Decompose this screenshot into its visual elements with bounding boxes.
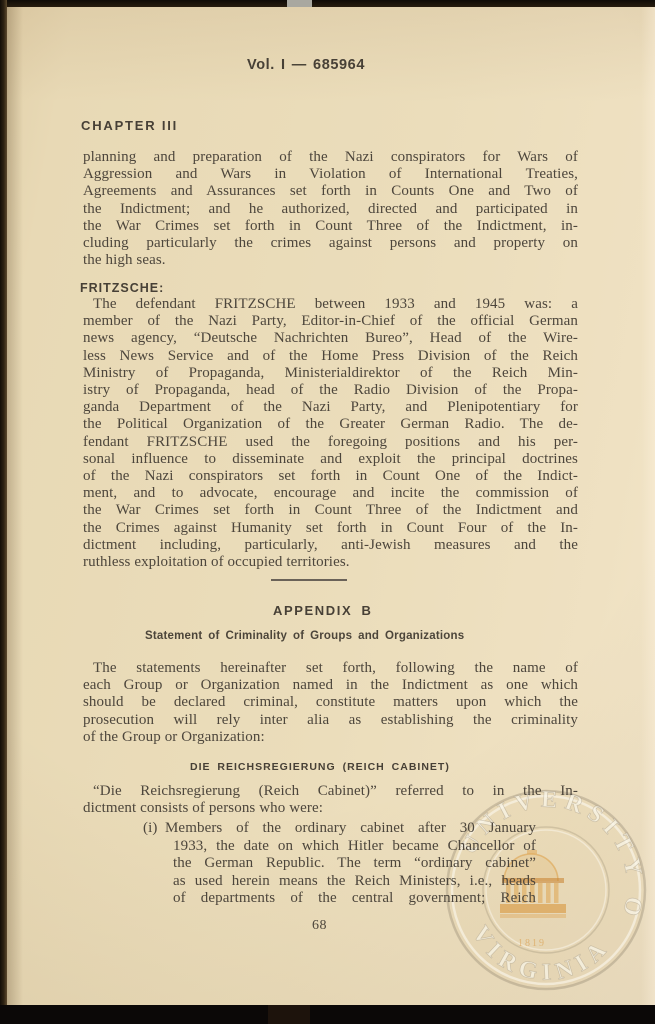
text-line: the Indictment; and he authorized, direc… [83,201,578,218]
text-line: of the Nazi conspirators set forth in Co… [83,468,578,485]
text-line: the Crimes against Humanity set forth in… [83,520,578,537]
text-line: the high seas. [83,252,578,269]
text-line: Members of the ordinary cabinet after 30… [165,820,536,838]
fritzsche-heading: FRITZSCHE: [80,281,164,295]
scan-edge-bottom-notch [268,1005,310,1024]
text-line: ruthless exploitation of occupied territ… [83,554,578,571]
text-line: Ministry of Propaganda, Ministerialdirek… [83,365,578,382]
text-line: ganda Department of the Nazi Party, and … [83,399,578,416]
volume-header: Vol. I — 685964 [247,57,365,73]
text-line: cluding particularly the crimes against … [83,235,578,252]
text-line: as used herein means the Reich Ministers… [173,873,536,891]
text-line: the War Crimes set forth in Count Three … [83,218,578,235]
text-line: The defendant FRITZSCHE between 1933 and… [83,296,578,313]
text-line: “Die Reichsregierung (Reich Cabinet)” re… [83,783,578,800]
text-line: 1933, the date on which Hitler became Ch… [173,838,536,856]
fritzsche-paragraph: The defendant FRITZSCHE between 1933 and… [83,296,578,571]
text-line: news agency, “Deutsche Nachrichten Bureo… [83,330,578,347]
text-line: member of the Nazi Party, Editor-in-Chie… [83,313,578,330]
reich-cabinet-heading: DIE REICHSREGIERUNG (REICH CABINET) [190,761,450,773]
text-line: istry of Propaganda, head of the Radio D… [83,382,578,399]
text-line: ment, and to advocate, encourage and inc… [83,485,578,502]
text-line: prosecution will rely inter alia as esta… [83,712,578,729]
text-line: planning and preparation of the Nazi con… [83,149,578,166]
appendix-intro-paragraph: The statements hereinafter set forth, fo… [83,660,578,746]
text-line: the War Crimes set forth in Count Three … [83,502,578,519]
text-line: fendant FRITZSCHE used the foregoing pos… [83,434,578,451]
list-marker: (i) [143,820,157,837]
text-line: Agreements and Assurances set forth in C… [83,183,578,200]
scan-edge-bottom [0,1005,655,1024]
text-line: Aggression and Wars in Violation of Inte… [83,166,578,183]
section-divider [271,579,347,581]
text-line: of departments of the central government… [173,890,536,908]
text-line: less News Service and of the Home Press … [83,348,578,365]
text-line: the Political Organization of the Greate… [83,416,578,433]
scan-edge-left [0,0,7,1024]
reich-cabinet-paragraph: “Die Reichsregierung (Reich Cabinet)” re… [83,783,578,817]
text-line: The statements hereinafter set forth, fo… [83,660,578,677]
text-line: the German Republic. The term “ordinary … [173,855,536,873]
text-line: dictment consists of persons who were: [83,800,578,817]
text-line: should be declared criminal, constitute … [83,694,578,711]
scanned-document-page: { "page": { "header": "Vol. I — 685964",… [0,0,655,1024]
chapter-paragraph: planning and preparation of the Nazi con… [83,149,578,269]
text-line: dictment including, particularly, anti-J… [83,537,578,554]
list-item-i: Members of the ordinary cabinet after 30… [173,820,536,908]
paper-left-shadow [7,0,23,1024]
appendix-subtitle: Statement of Criminality of Groups and O… [145,630,464,642]
scan-edge-notch [287,0,312,7]
page-number: 68 [312,918,327,934]
scan-edge-top [0,0,655,7]
text-line: of the Group or Organization: [83,729,578,746]
seal-year: 1819 [518,938,546,949]
chapter-heading: CHAPTER III [81,118,178,133]
appendix-heading: APPENDIX B [273,603,372,618]
text-line: sonal influence to disseminate and explo… [83,451,578,468]
text-line: each Group or Organization named in the … [83,677,578,694]
